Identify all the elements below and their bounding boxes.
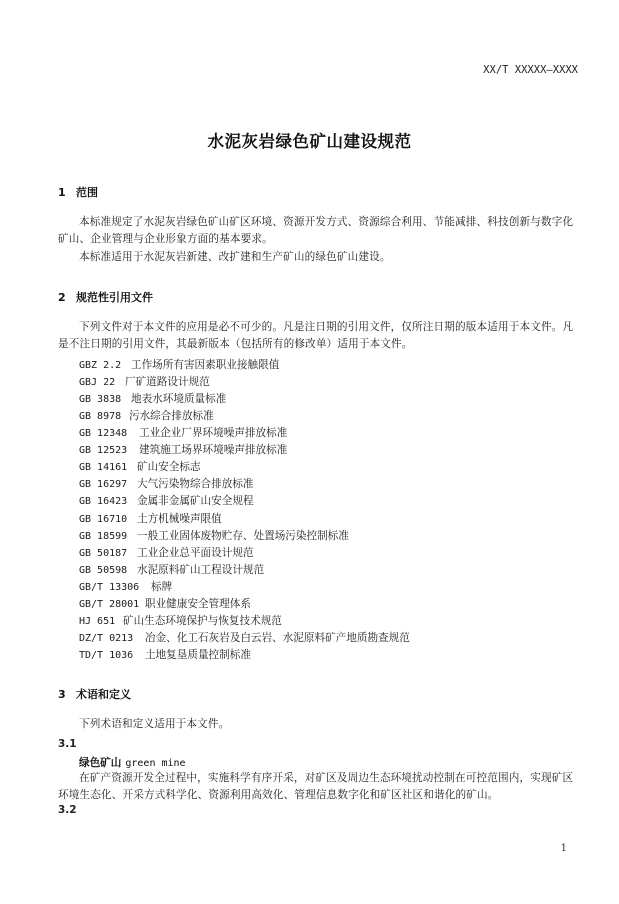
section-title: 规范性引用文件: [76, 291, 153, 304]
page-number: 1: [561, 843, 567, 854]
section-title: 术语和定义: [76, 688, 131, 701]
reference-item: TD/T 1036土地复垦质量控制标准: [79, 647, 251, 662]
reference-item: GB 50598水泥原料矿山工程设计规范: [79, 562, 264, 577]
reference-item: DZ/T 0213冶金、化工石灰岩及白云岩、水泥原料矿产地质勘查规范: [79, 630, 410, 645]
reference-item: GB 16710土方机械噪声限值: [79, 511, 222, 526]
scope-paragraph-1: 本标准规定了水泥灰岩绿色矿山矿区环境、资源开发方式、资源综合利用、节能减排、科技…: [58, 214, 580, 249]
reference-item: GBJ 22厂矿道路设计规范: [79, 374, 210, 389]
terms-intro: 下列术语和定义适用于本文件。: [58, 716, 580, 733]
reference-item: GB 3838地表水环境质量标准: [79, 391, 226, 406]
reference-item: GB 8978污水综合排放标准: [79, 408, 214, 423]
scope-paragraph-2: 本标准适用于水泥灰岩新建、改扩建和生产矿山的绿色矿山建设。: [58, 249, 580, 266]
term-heading: 绿色矿山green mine: [79, 755, 186, 770]
term-definition: 在矿产资源开发全过程中，实施科学有序开采，对矿区及周边生态环境扰动控制在可控范围…: [58, 770, 580, 805]
reference-item: GB 16423金属非金属矿山安全规程: [79, 493, 254, 508]
clause-number: 3.1: [58, 738, 77, 750]
section-title: 范围: [76, 186, 98, 199]
reference-item: GB 12348工业企业厂界环境噪声排放标准: [79, 425, 287, 440]
section-2-heading: 2规范性引用文件: [58, 289, 153, 305]
clause-number: 3.2: [58, 804, 77, 816]
document-page: XX/T XXXXX—XXXX 水泥灰岩绿色矿山建设规范 1范围 本标准规定了水…: [0, 0, 619, 904]
reference-item: GB 14161矿山安全标志: [79, 459, 201, 474]
normative-references-intro: 下列文件对于本文件的应用是必不可少的。凡是注日期的引用文件，仅所注日期的版本适用…: [58, 319, 580, 354]
document-title: 水泥灰岩绿色矿山建设规范: [0, 128, 619, 152]
reference-item: GB 50187工业企业总平面设计规范: [79, 545, 254, 560]
standard-code: XX/T XXXXX—XXXX: [483, 64, 578, 76]
reference-item: GBZ 2.2工作场所有害因素职业接触限值: [79, 357, 279, 372]
section-1-heading: 1范围: [58, 184, 98, 200]
reference-item: GB 18599一般工业固体废物贮存、处置场污染控制标准: [79, 528, 349, 543]
reference-item: GB/T 28001职业健康安全管理体系: [79, 596, 251, 611]
reference-item: GB 16297大气污染物综合排放标准: [79, 476, 254, 491]
section-number: 2: [58, 291, 76, 304]
term-chinese: 绿色矿山: [79, 757, 121, 769]
reference-item: GB/T 13306标牌: [79, 579, 172, 594]
section-number: 1: [58, 186, 76, 199]
section-number: 3: [58, 688, 76, 701]
reference-item: HJ 651矿山生态环境保护与恢复技术规范: [79, 613, 282, 628]
section-3-heading: 3术语和定义: [58, 686, 131, 702]
reference-item: GB 12523建筑施工场界环境噪声排放标准: [79, 442, 287, 457]
term-english: green mine: [125, 758, 185, 769]
